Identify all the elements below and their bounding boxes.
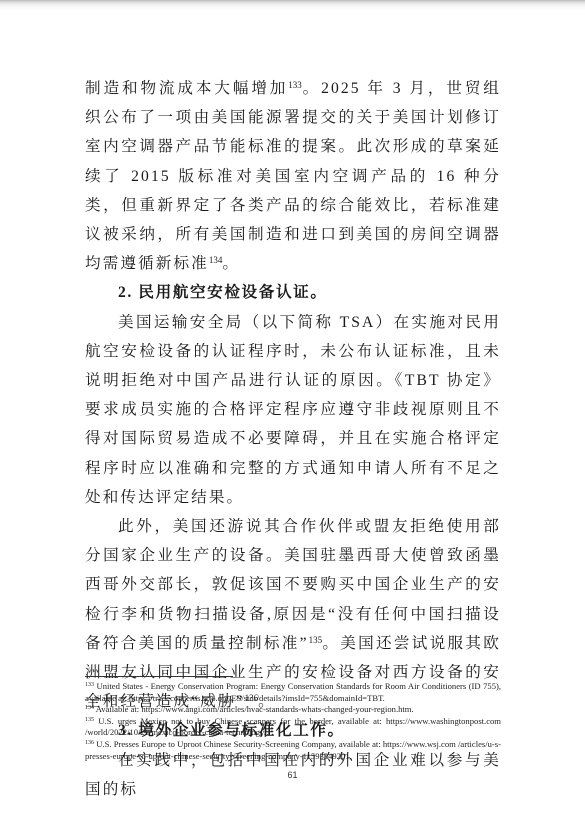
paragraph-text: 。	[222, 255, 240, 272]
footnote-text: U.S. urges Mexico not to buy Chinese sca…	[85, 716, 501, 738]
footnote-number: 133	[85, 682, 94, 688]
paragraph-text: 美国运输安全局（以下简称 TSA）在实施对民用航空安检设备的认证程序时，未公布认…	[85, 314, 501, 506]
footnote-ref-134[interactable]: 134	[209, 255, 223, 265]
viewer-top-shadow	[0, 0, 585, 10]
page-number: 61	[0, 770, 585, 780]
footnote-text: United States - Energy Conservation Prog…	[85, 681, 501, 703]
paragraph-continuation: 制造和物流成本大幅增加133。2025 年 3 月，世贸组织公布了一项由美国能源…	[85, 74, 501, 278]
footnote-number: 135	[85, 717, 94, 723]
paragraph-text: 。2025 年 3 月，世贸组织公布了一项由美国能源署提交的关于美国计划修订室内…	[85, 80, 501, 272]
section-heading-2: 2. 民用航空安检设备认证。	[85, 278, 501, 307]
paragraph-tsa: 美国运输安全局（以下简称 TSA）在实施对民用航空安检设备的认证程序时，未公布认…	[85, 308, 501, 512]
paragraph-text: 此外，美国还游说其合作伙伴或盟友拒绝使用部分国家企业生产的设备。美国驻墨西哥大使…	[85, 518, 501, 652]
footnote-ref-135[interactable]: 135	[309, 635, 323, 645]
footnote-134: 134 Available at: https://www.angi.com/a…	[85, 704, 501, 716]
footnote-ref-133[interactable]: 133	[288, 80, 302, 90]
paragraph-text: 制造和物流成本大幅增加	[85, 80, 288, 97]
footnotes: 133 United States - Energy Conservation …	[85, 681, 501, 762]
footnote-133: 133 United States - Energy Conservation …	[85, 681, 501, 704]
footnote-text: U.S. Presses Europe to Uproot Chinese Se…	[85, 739, 501, 761]
footnote-number: 136	[85, 740, 94, 746]
footnote-135: 135 U.S. urges Mexico not to buy Chinese…	[85, 716, 501, 739]
footnote-separator	[85, 676, 233, 677]
footnote-136: 136 U.S. Presses Europe to Uproot Chines…	[85, 739, 501, 762]
footnote-number: 134	[85, 705, 94, 711]
footnote-text: Available at: https://www.angi.com/artic…	[96, 704, 414, 714]
